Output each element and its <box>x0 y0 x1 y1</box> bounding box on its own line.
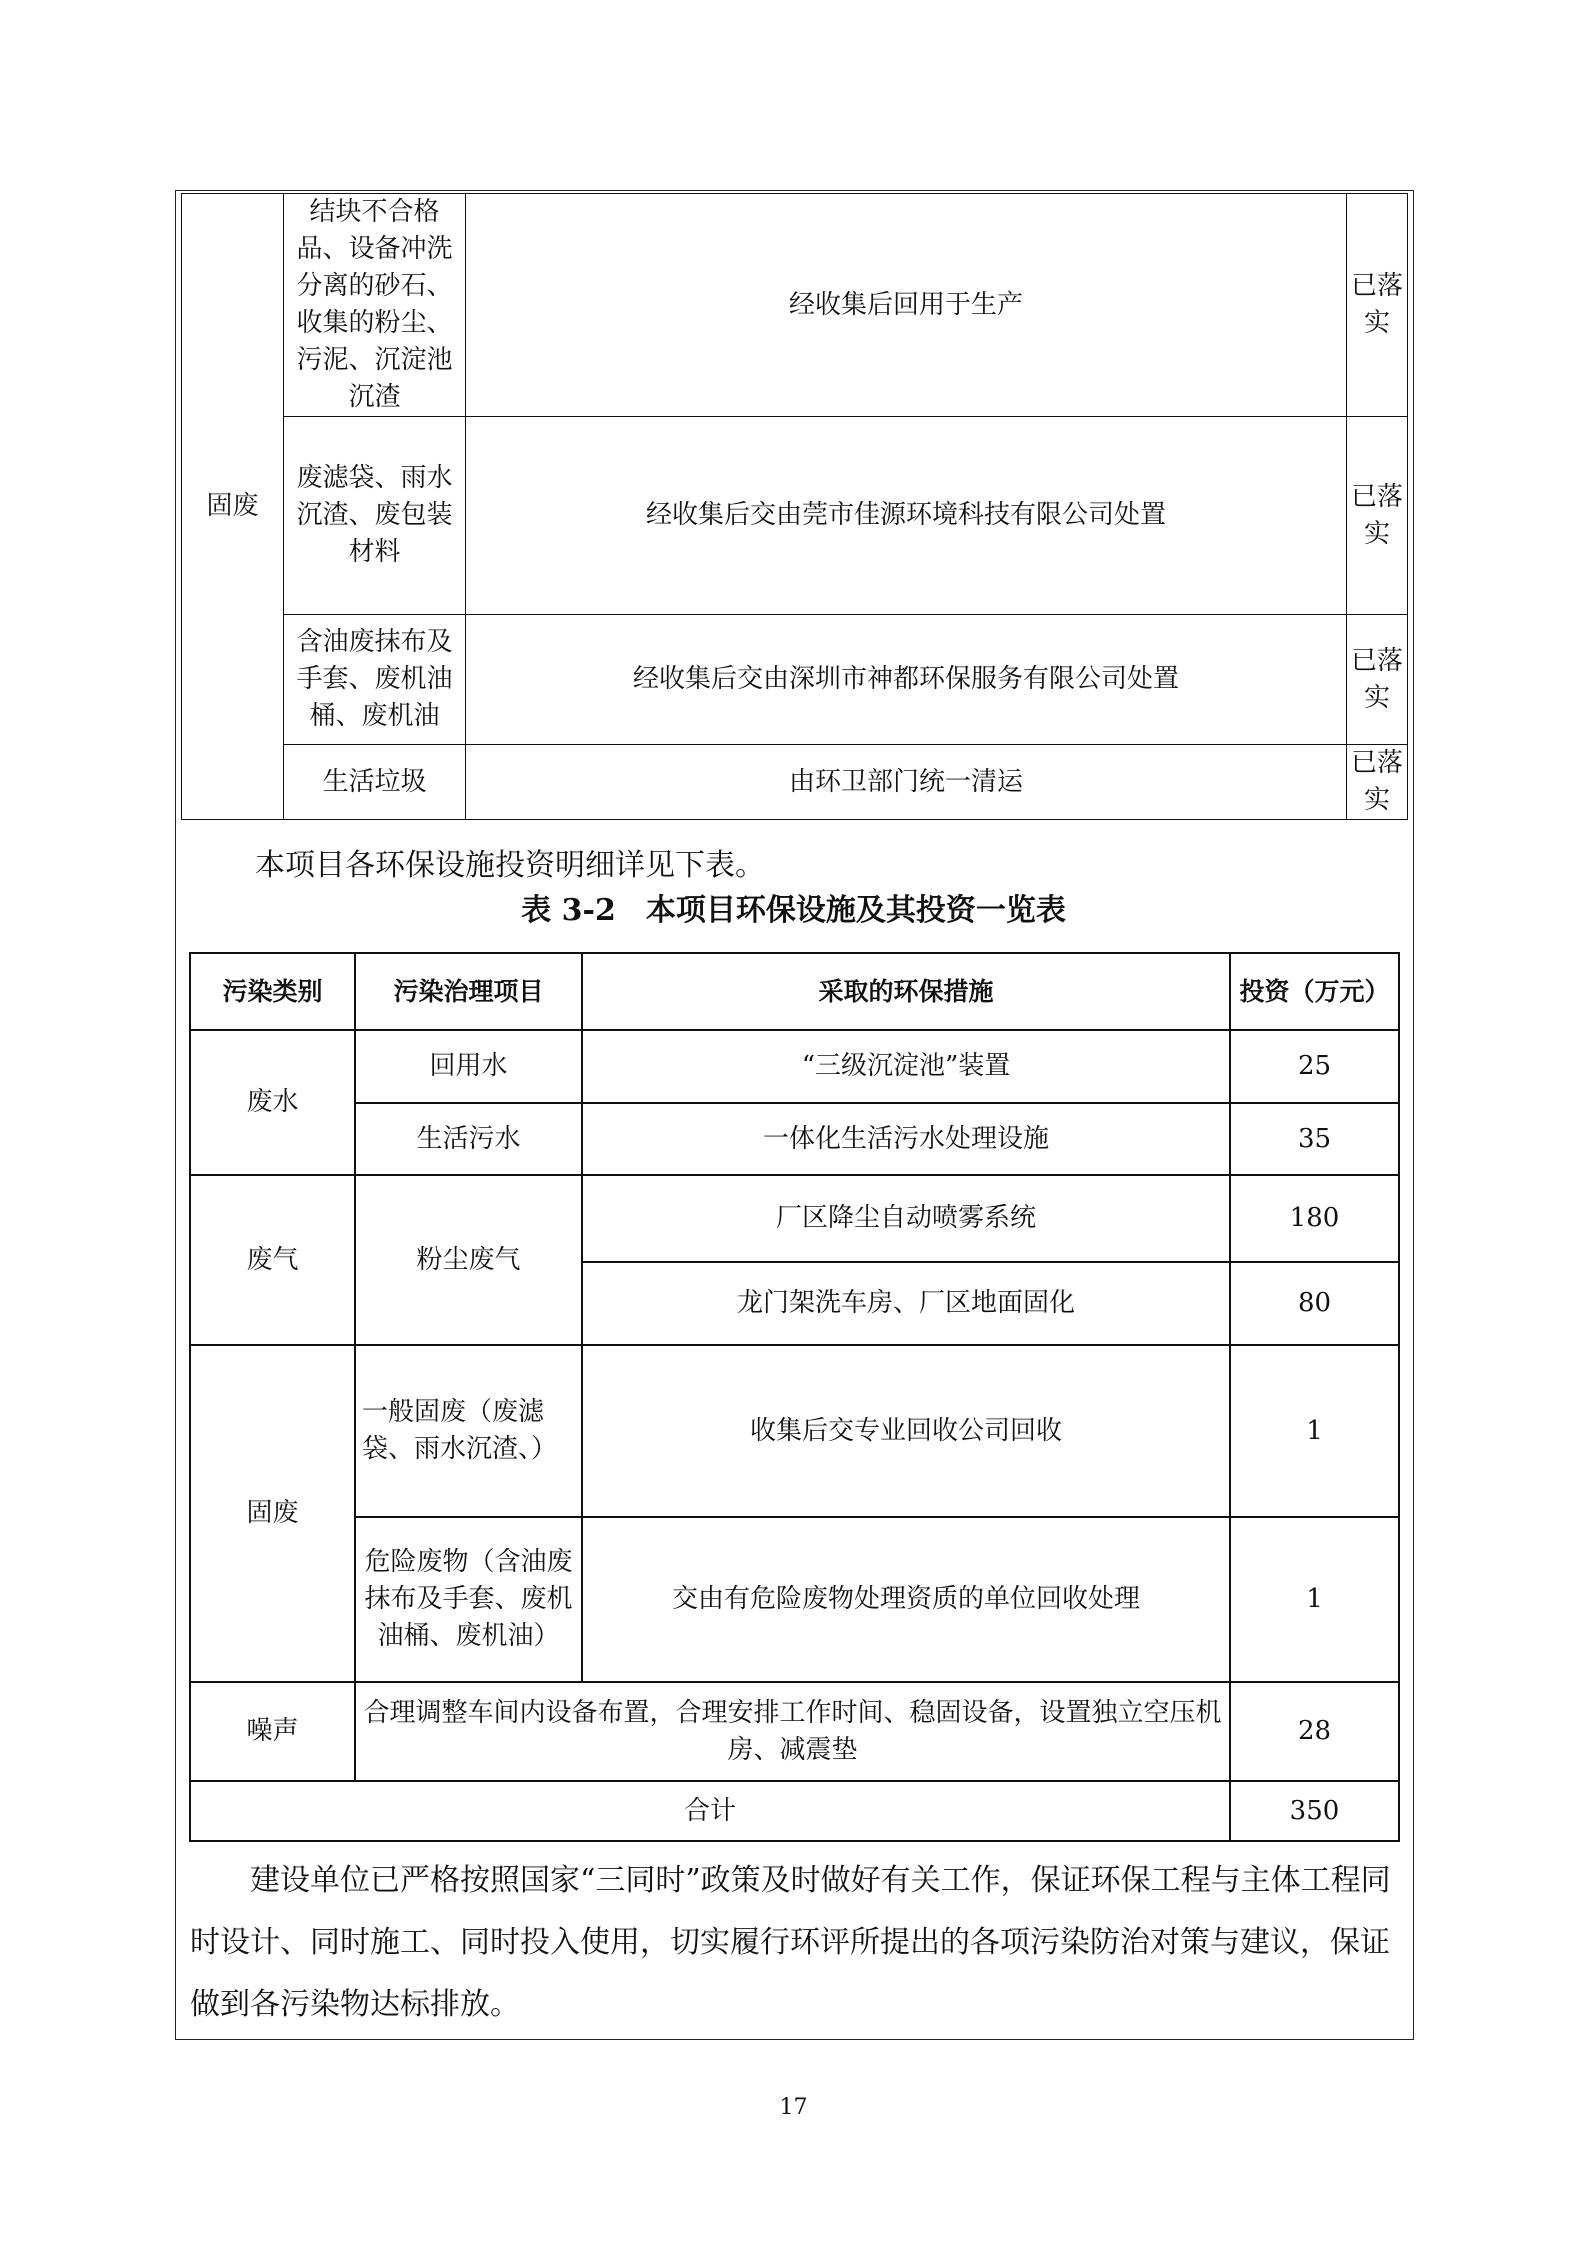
table-caption: 表 3-2 本项目环保设施及其投资一览表 <box>0 885 1587 929</box>
category-cell: 固废 <box>190 1345 355 1682</box>
status-cell: 已落实 <box>1347 745 1408 820</box>
measure-cell: 经收集后交由莞市佳源环境科技有限公司处置 <box>466 417 1347 615</box>
solid-waste-measures-table: 固废 结块不合格品、设备冲洗分离的砂石、收集的粉尘、污泥、沉淀池沉渣 经收集后回… <box>181 193 1408 820</box>
measure-cell: “三级沉淀池”装置 <box>582 1030 1230 1103</box>
measure-cell: 合理调整车间内设备布置，合理安排工作时间、稳固设备，设置独立空压机房、减震垫 <box>355 1682 1230 1781</box>
status-cell: 已落实 <box>1347 194 1408 417</box>
header-category: 污染类别 <box>190 953 355 1030</box>
investment-cell: 1 <box>1230 1345 1399 1517</box>
item-cell: 含油废抹布及手套、废机油桶、废机油 <box>284 615 466 745</box>
investment-cell: 28 <box>1230 1682 1399 1781</box>
measure-cell: 交由有危险废物处理资质的单位回收处理 <box>582 1517 1230 1682</box>
item-cell: 生活垃圾 <box>284 745 466 820</box>
item-cell: 危险废物（含油废抹布及手套、废机油桶、废机油） <box>355 1517 582 1682</box>
page-number: 17 <box>0 2095 1587 2120</box>
item-cell: 结块不合格品、设备冲洗分离的砂石、收集的粉尘、污泥、沉淀池沉渣 <box>284 194 466 417</box>
measure-cell: 收集后交专业回收公司回收 <box>582 1345 1230 1517</box>
category-cell: 废气 <box>190 1175 355 1345</box>
investment-cell: 80 <box>1230 1262 1399 1345</box>
measure-cell: 由环卫部门统一清运 <box>466 745 1347 820</box>
status-cell: 已落实 <box>1347 417 1408 615</box>
item-cell: 生活污水 <box>355 1103 582 1175</box>
measure-cell: 一体化生活污水处理设施 <box>582 1103 1230 1175</box>
item-cell: 粉尘废气 <box>355 1175 582 1345</box>
investment-cell: 180 <box>1230 1175 1399 1262</box>
header-item: 污染治理项目 <box>355 953 582 1030</box>
measure-cell: 经收集后回用于生产 <box>466 194 1347 417</box>
header-investment: 投资（万元） <box>1230 953 1399 1030</box>
closing-paragraph: 建设单位已严格按照国家“三同时”政策及时做好有关工作，保证环保工程与主体工程同时… <box>190 1850 1405 2036</box>
total-investment: 350 <box>1230 1781 1399 1841</box>
investment-cell: 35 <box>1230 1103 1399 1175</box>
category-cell: 固废 <box>182 194 284 820</box>
investment-cell: 25 <box>1230 1030 1399 1103</box>
category-cell: 废水 <box>190 1030 355 1175</box>
total-label: 合计 <box>190 1781 1230 1841</box>
investment-cell: 1 <box>1230 1517 1399 1682</box>
category-cell: 噪声 <box>190 1682 355 1781</box>
item-cell: 回用水 <box>355 1030 582 1103</box>
measure-cell: 厂区降尘自动喷雾系统 <box>582 1175 1230 1262</box>
header-measure: 采取的环保措施 <box>582 953 1230 1030</box>
item-cell: 废滤袋、雨水沉渣、废包装材料 <box>284 417 466 615</box>
investment-table: 污染类别 污染治理项目 采取的环保措施 投资（万元） 废水 回用水 “三级沉淀池… <box>189 952 1400 1842</box>
status-cell: 已落实 <box>1347 615 1408 745</box>
measure-cell: 龙门架洗车房、厂区地面固化 <box>582 1262 1230 1345</box>
measure-cell: 经收集后交由深圳市神都环保服务有限公司处置 <box>466 615 1347 745</box>
item-cell: 一般固废（废滤袋、雨水沉渣、） <box>355 1345 582 1517</box>
